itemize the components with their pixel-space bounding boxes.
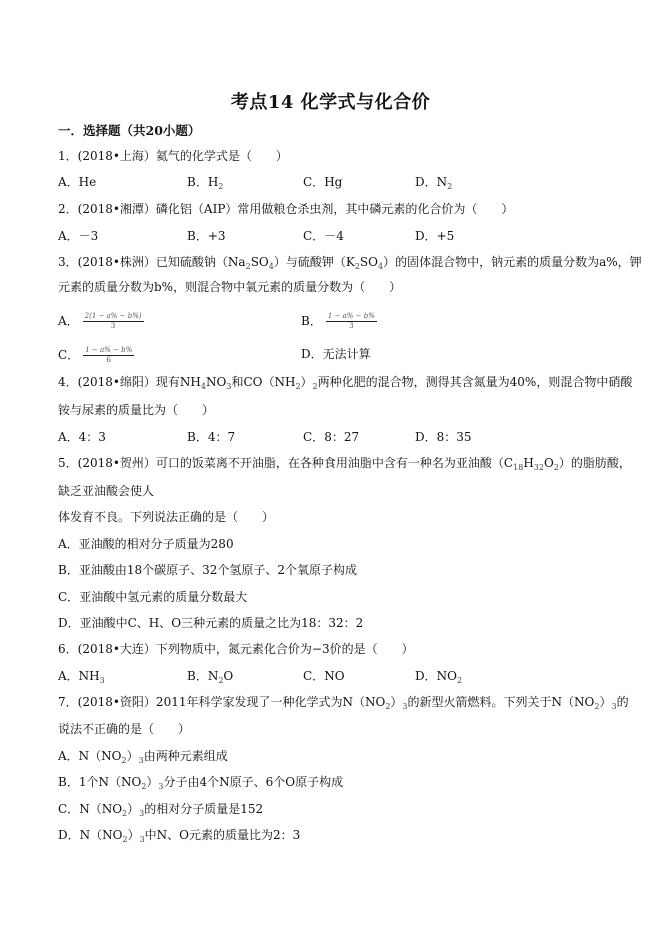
option-letter: C． — [58, 348, 79, 362]
question-2-stem: 2．(2018•湘潭）磷化铝（AIP）常用做粮仓杀虫剂，其中磷元素的化合价为（ … — [58, 201, 513, 217]
question-3-option-b: B．1 − a% − b%3 — [301, 312, 377, 331]
question-5-option-c: C．亚油酸中氢元素的质量分数最大 — [58, 589, 247, 605]
question-5-option-a: A．亚油酸的相对分子质量为280 — [58, 536, 234, 552]
option-text: 8：35 — [437, 430, 472, 444]
option-text: N（NO — [79, 802, 122, 816]
subscript: 32 — [534, 463, 544, 472]
option-letter: B． — [58, 775, 79, 789]
option-letter: A． — [58, 430, 79, 444]
question-2-option-a: A．－3 — [58, 228, 98, 244]
stem-text: SO — [251, 255, 269, 269]
question-4-stem-line-2: 铵与尿素的质量比为（ ） — [58, 402, 214, 418]
question-7-stem-line-2: 说法不正确的是（ ） — [58, 721, 190, 737]
stem-text: 7．(2018•资阳）2011年科学家发现了一种化学式为N（NO — [58, 695, 385, 709]
question-6-stem: 6．(2018•大连）下列物质中，氮元素化合价为−3价的是（ ） — [58, 641, 414, 657]
option-letter: C． — [303, 229, 324, 243]
option-letter: A． — [58, 669, 79, 683]
question-7-option-d: D．N（NO2）3中N、O元素的质量比为2：3 — [58, 827, 300, 848]
stem-text: 的新型火箭燃料。下列关于N（NO — [408, 695, 595, 709]
option-letter: B． — [187, 229, 208, 243]
option-text: H — [208, 175, 218, 189]
question-7-option-a: A．N（NO2）3由两种元素组成 — [58, 748, 228, 769]
question-2-option-b: B．+3 — [187, 228, 226, 244]
stem-text: ） — [390, 695, 402, 709]
option-text: N（NO — [80, 828, 123, 842]
option-letter: A． — [58, 314, 79, 328]
option-letter: D． — [58, 828, 80, 842]
option-letter: B． — [58, 563, 79, 577]
fraction: 1 − a% − b%6 — [83, 346, 134, 365]
question-5-stem-line-1: 5．(2018•贺州）可口的饭菜离不开油脂，在各种食用油脂中含有一种名为亚油酸（… — [58, 455, 631, 476]
question-4-option-d: D．8：35 — [415, 429, 472, 445]
option-letter: C． — [303, 669, 324, 683]
question-7-option-c: C．N（NO2）3的相对分子质量是152 — [58, 801, 263, 822]
option-text: 的相对分子质量是152 — [144, 802, 263, 816]
stem-text: 的 — [617, 695, 629, 709]
subscript: 2 — [218, 182, 223, 191]
stem-text: ） — [301, 375, 313, 389]
question-4-option-c: C．8：27 — [303, 429, 359, 445]
section-header: 一．选择题（共20小题） — [58, 121, 200, 139]
option-text: NH — [79, 669, 100, 683]
question-1-option-d: D．N2 — [415, 174, 452, 195]
fraction-numerator: 1 − a% − b% — [326, 312, 377, 322]
option-text: 无法计算 — [323, 347, 371, 361]
stem-text: SO — [360, 255, 378, 269]
fraction: 1 − a% − b%3 — [326, 312, 377, 331]
stem-text: O — [544, 456, 554, 470]
fraction-numerator: 2(1 − a% − b%) — [83, 312, 144, 322]
fraction-denominator: 6 — [83, 356, 134, 365]
option-text: Hg — [324, 175, 342, 189]
question-4-stem-line-1: 4．(2018•绵阳）现有NH4NO3和CO（NH2）2两种化肥的混合物，测得其… — [58, 374, 632, 395]
option-text: +5 — [437, 229, 455, 243]
stem-text: H — [523, 456, 533, 470]
option-text: He — [79, 175, 97, 189]
option-text: 4：7 — [208, 430, 235, 444]
option-text: 亚油酸中C、H、O三种元素的质量之比为18：32：2 — [80, 616, 364, 630]
option-letter: A． — [58, 537, 79, 551]
subscript: 2 — [447, 182, 452, 191]
option-letter: C． — [58, 802, 79, 816]
subscript: 18 — [513, 463, 523, 472]
option-letter: A． — [58, 175, 79, 189]
option-text: 8：27 — [324, 430, 359, 444]
option-letter: D． — [301, 347, 323, 361]
option-letter: B． — [187, 430, 208, 444]
question-5-stem-line-3: 体发育不良。下列说法正确的是（ ） — [58, 509, 274, 525]
option-letter: D． — [415, 175, 437, 189]
stem-text: ）与硫酸钾（K — [274, 255, 355, 269]
option-text: ） — [127, 749, 139, 763]
option-text: 4：3 — [79, 430, 106, 444]
subscript: 2 — [457, 676, 462, 685]
option-text: ） — [128, 828, 140, 842]
option-text: 分子由4个N原子、6个O原子构成 — [164, 775, 344, 789]
question-3-stem-line-1: 3．(2018•株洲）已知硫酸钠（Na2SO4）与硫酸钾（K2SO4）的固体混合… — [58, 254, 642, 275]
page-title: 考点14 化学式与化合价 — [0, 88, 661, 114]
option-text: 由两种元素组成 — [144, 749, 228, 763]
question-7-stem-line-1: 7．(2018•资阳）2011年科学家发现了一种化学式为N（NO2）3的新型火箭… — [58, 694, 629, 715]
stem-text: 和CO（NH — [231, 375, 295, 389]
stem-text: ）的固体混合物中，钠元素的质量分数为a%，钾 — [383, 255, 642, 269]
stem-text: ） — [599, 695, 611, 709]
question-6-option-a: A．NH3 — [58, 668, 105, 689]
option-letter: B． — [187, 669, 208, 683]
question-3-stem-line-2: 元素的质量分数为b%，则混合物中氧元素的质量分数为（ ） — [58, 279, 401, 295]
option-text: N — [208, 669, 219, 683]
stem-text: 两种化肥的混合物，测得其含氮量为40%，则混合物中硝酸 — [318, 375, 633, 389]
option-letter: C． — [303, 430, 324, 444]
option-text: ） — [127, 802, 139, 816]
question-5-option-b: B．亚油酸由18个碳原子、32个氢原子、2个氧原子构成 — [58, 562, 357, 578]
option-text: NO — [324, 669, 344, 683]
option-text: －4 — [324, 229, 344, 243]
option-text: 1个N（NO — [79, 775, 141, 789]
option-letter: D． — [415, 430, 437, 444]
option-text: NO — [437, 669, 457, 683]
question-3-option-a: A．2(1 − a% − b%)3 — [58, 312, 144, 331]
option-letter: D． — [415, 229, 437, 243]
question-1-option-b: B．H2 — [187, 174, 223, 195]
option-text: N — [437, 175, 448, 189]
fraction: 2(1 − a% − b%)3 — [83, 312, 144, 331]
stem-text: ）的脂肪酸， — [559, 456, 631, 470]
option-text: 中N、O元素的质量比为2：3 — [145, 828, 301, 842]
stem-text: NO — [206, 375, 226, 389]
option-letter: A． — [58, 229, 79, 243]
question-7-option-b: B．1个N（NO2）3分子由4个N原子、6个O原子构成 — [58, 774, 343, 795]
question-2-option-c: C．－4 — [303, 228, 344, 244]
question-1-option-a: A．He — [58, 174, 96, 190]
option-text: O — [223, 669, 233, 683]
option-letter: D． — [415, 669, 437, 683]
option-letter: C． — [58, 590, 79, 604]
question-5-option-d: D．亚油酸中C、H、O三种元素的质量之比为18：32：2 — [58, 615, 363, 631]
option-letter: B． — [301, 314, 322, 328]
fraction-numerator: 1 − a% − b% — [83, 346, 134, 356]
question-3-option-d: D．无法计算 — [301, 346, 371, 362]
option-letter: A． — [58, 749, 79, 763]
stem-text: 5．(2018•贺州）可口的饭菜离不开油脂，在各种食用油脂中含有一种名为亚油酸（… — [58, 456, 513, 470]
stem-text: 3．(2018•株洲）已知硫酸钠（Na — [58, 255, 246, 269]
option-text: +3 — [208, 229, 226, 243]
option-text: －3 — [79, 229, 99, 243]
question-1-option-c: C．Hg — [303, 174, 342, 190]
question-1-stem: 1．(2018•上海）氦气的化学式是（ ） — [58, 148, 288, 164]
question-5-stem-line-2: 缺乏亚油酸会使人 — [58, 483, 154, 499]
question-2-option-d: D．+5 — [415, 228, 454, 244]
option-text: 亚油酸由18个碳原子、32个氢原子、2个氧原子构成 — [79, 563, 357, 577]
option-text: N（NO — [79, 749, 122, 763]
question-6-option-c: C．NO — [303, 668, 345, 684]
question-6-option-d: D．NO2 — [415, 668, 462, 689]
stem-text: 4．(2018•绵阳）现有NH — [58, 375, 201, 389]
option-letter: D． — [58, 616, 80, 630]
option-text: ） — [146, 775, 158, 789]
question-6-option-b: B．N2O — [187, 668, 233, 689]
fraction-denominator: 3 — [83, 322, 144, 331]
option-letter: B． — [187, 175, 208, 189]
option-text: 亚油酸中氢元素的质量分数最大 — [79, 590, 247, 604]
fraction-denominator: 3 — [326, 322, 377, 331]
question-3-option-c: C．1 − a% − b%6 — [58, 346, 134, 365]
document-page: 考点14 化学式与化合价 一．选择题（共20小题） 1．(2018•上海）氦气的… — [0, 0, 661, 935]
option-text: 亚油酸的相对分子质量为280 — [79, 537, 234, 551]
option-letter: C． — [303, 175, 324, 189]
question-4-option-b: B．4：7 — [187, 429, 235, 445]
subscript: 3 — [100, 676, 105, 685]
question-4-option-a: A．4：3 — [58, 429, 106, 445]
